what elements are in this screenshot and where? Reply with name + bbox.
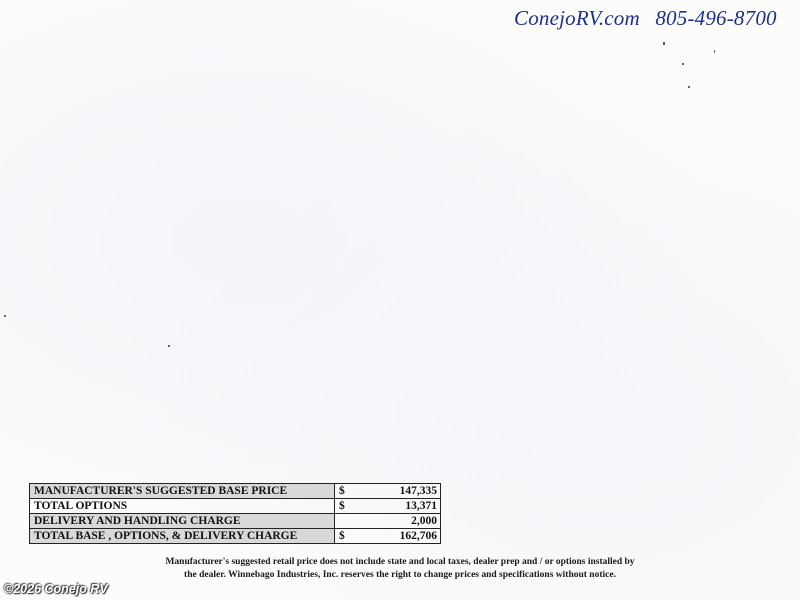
dealer-phone: 805-496-8700 <box>655 6 776 30</box>
row-label: TOTAL BASE , OPTIONS, & DELIVERY CHARGE <box>30 529 335 544</box>
document-page: ConejoRV.com 805-496-8700 MANUFACTURER'S… <box>0 0 800 600</box>
row-value: 2,000 <box>349 514 441 529</box>
row-label: DELIVERY AND HANDLING CHARGE <box>30 514 335 529</box>
table-row-base-price: MANUFACTURER'S SUGGESTED BASE PRICE $ 14… <box>30 484 441 499</box>
row-value: 162,706 <box>349 529 441 544</box>
copyright-watermark: ©2026 Conejo RV <box>4 582 108 596</box>
scan-speck <box>168 345 170 347</box>
table-row-total-charge: TOTAL BASE , OPTIONS, & DELIVERY CHARGE … <box>30 529 441 544</box>
table-row-total-options: TOTAL OPTIONS $ 13,371 <box>30 499 441 514</box>
price-summary-table: MANUFACTURER'S SUGGESTED BASE PRICE $ 14… <box>29 483 441 544</box>
row-label: MANUFACTURER'S SUGGESTED BASE PRICE <box>30 484 335 499</box>
dealer-website: ConejoRV.com <box>514 6 640 30</box>
disclaimer-line-2: the dealer. Winnebago Industries, Inc. r… <box>130 569 670 582</box>
scan-speck <box>663 42 665 45</box>
row-currency: $ <box>335 499 350 514</box>
scan-speck <box>714 50 715 53</box>
dealer-contact-watermark: ConejoRV.com 805-496-8700 <box>514 6 777 31</box>
table-row-delivery-charge: DELIVERY AND HANDLING CHARGE 2,000 <box>30 514 441 529</box>
disclaimer-line-1: Manufacturer's suggested retail price do… <box>130 556 670 569</box>
price-disclaimer: Manufacturer's suggested retail price do… <box>130 556 670 582</box>
row-value: 147,335 <box>349 484 441 499</box>
row-label: TOTAL OPTIONS <box>30 499 335 514</box>
scan-speck <box>682 63 684 65</box>
row-value: 13,371 <box>349 499 441 514</box>
row-currency: $ <box>335 529 350 544</box>
scan-speck <box>688 86 690 88</box>
row-currency: $ <box>335 484 350 499</box>
row-currency <box>335 514 350 529</box>
scan-speck <box>4 315 6 317</box>
